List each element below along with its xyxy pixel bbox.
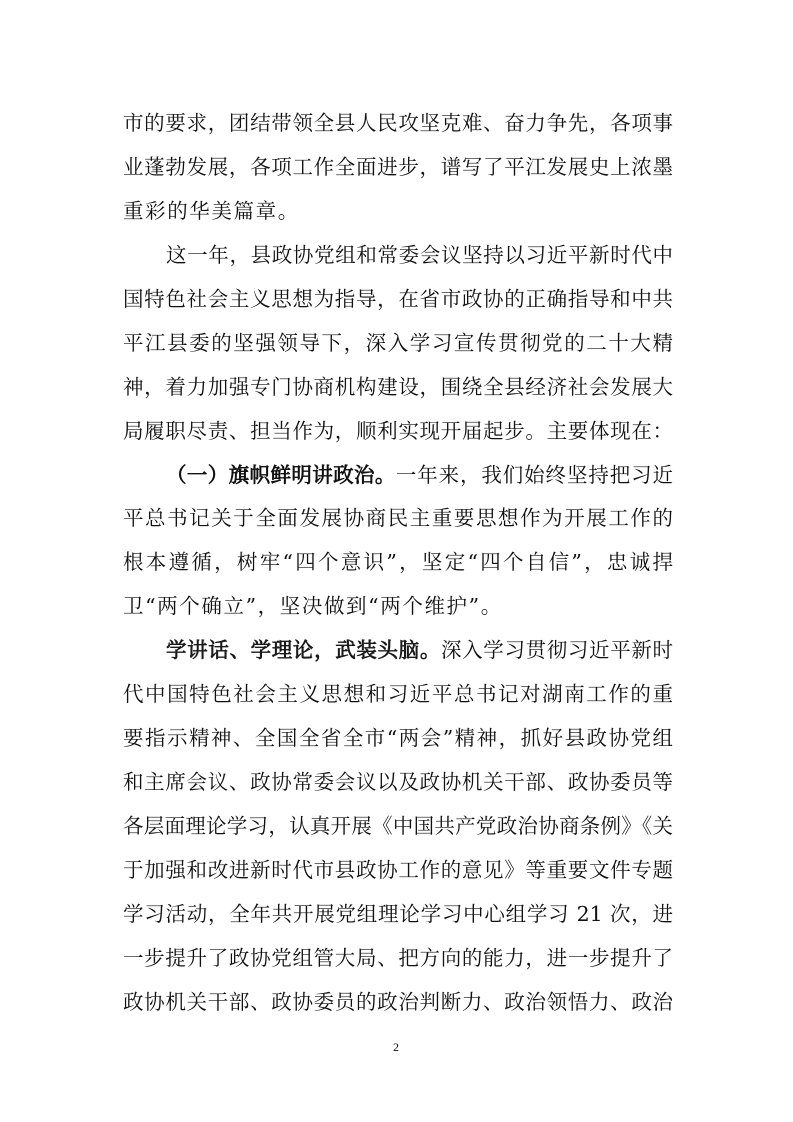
document-body: 市的要求，团结带领全县人民攻坚克难、奋力争先，各项事 业蓬勃发展，各项工作全面进…	[123, 102, 673, 1025]
text-line: 要指示精神、全国全省全市“两会”精神，抓好县政协党组	[123, 717, 673, 761]
text-line: 国特色社会主义思想为指导，在省市政协的正确指导和中共	[123, 278, 673, 322]
text-line: 局履职尽责、担当作为，顺利实现开届起步。主要体现在：	[123, 410, 673, 454]
text-line: 神，着力加强专门协商机构建设，围绕全县经济社会发展大	[123, 366, 673, 410]
section-heading-line: （一）旗帜鲜明讲政治。一年来，我们始终坚持把习近	[123, 454, 673, 498]
document-page: 市的要求，团结带领全县人民攻坚克难、奋力争先，各项事 业蓬勃发展，各项工作全面进…	[0, 0, 793, 1122]
text-line: 政协机关干部、政协委员的政治判断力、政治领悟力、政治	[123, 981, 673, 1025]
text-line: 和主席会议、政协常委会议以及政协机关干部、政协委员等	[123, 761, 673, 805]
subsection-heading: 学讲话、学理论，武装头脑。	[166, 638, 441, 662]
text-line: 卫“两个确立”，坚决做到“两个维护”。	[123, 585, 673, 629]
text-line: 各层面理论学习，认真开展《中国共产党政治协商条例》《关	[123, 805, 673, 849]
text-line: 一步提升了政协党组管大局、把方向的能力，进一步提升了	[123, 937, 673, 981]
section-heading-continuation: 一年来，我们始终坚持把习近	[396, 463, 673, 487]
text-line: 根本遵循，树牢“四个意识”，坚定“四个自信”，忠诚捍	[123, 541, 673, 585]
text-line: 市的要求，团结带领全县人民攻坚克难、奋力争先，各项事	[123, 102, 673, 146]
paragraph-start-line: 这一年，县政协党组和常委会议坚持以习近平新时代中	[123, 234, 673, 278]
text-line: 学习活动，全年共开展党组理论学习中心组学习 21 次，进	[123, 893, 673, 937]
page-number: 2	[386, 1040, 406, 1055]
section-heading: （一）旗帜鲜明讲政治。	[166, 463, 396, 487]
text-line: 业蓬勃发展，各项工作全面进步，谱写了平江发展史上浓墨	[123, 146, 673, 190]
subsection-heading-line: 学讲话、学理论，武装头脑。深入学习贯彻习近平新时	[123, 629, 673, 673]
subsection-heading-continuation: 深入学习贯彻习近平新时	[441, 638, 673, 662]
text-line: 重彩的华美篇章。	[123, 190, 673, 234]
text-line: 代中国特色社会主义思想和习近平总书记对湖南工作的重	[123, 673, 673, 717]
text-line: 平总书记关于全面发展协商民主重要思想作为开展工作的	[123, 497, 673, 541]
text-line: 于加强和改进新时代市县政协工作的意见》等重要文件专题	[123, 849, 673, 893]
text-line: 平江县委的坚强领导下，深入学习宣传贯彻党的二十大精	[123, 322, 673, 366]
